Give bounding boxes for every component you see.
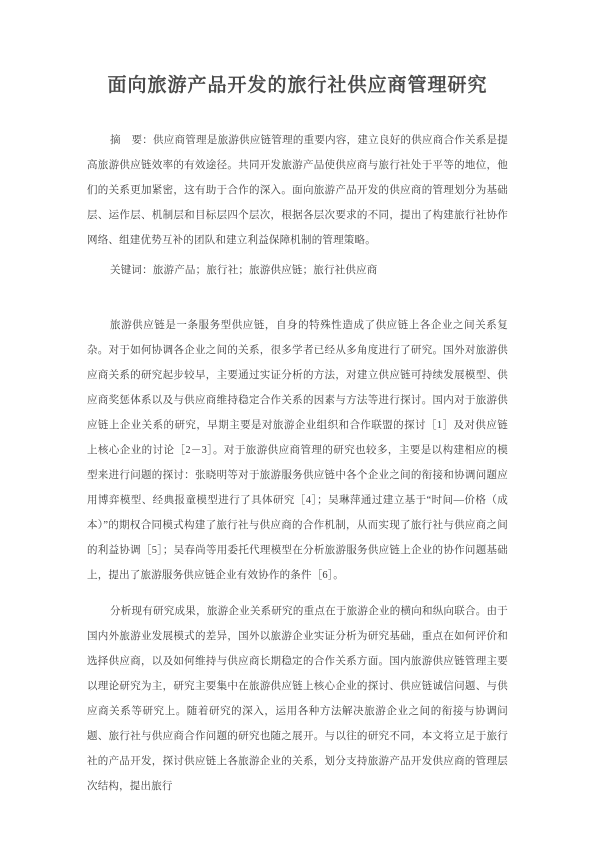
abstract-paragraph: 摘 要：供应商管理是旅游供应链管理的重要内容，建立良好的供应商合作关系是提高旅游… [87,128,508,253]
keywords-text: 旅游产品；旅行社；旅游供应链；旅行社供应商 [153,265,378,276]
paper-title: 面向旅游产品开发的旅行社供应商管理研究 [87,74,508,98]
abstract-text: 供应商管理是旅游供应链管理的重要内容，建立良好的供应商合作关系是提高旅游供应链效… [87,135,508,246]
keywords-paragraph: 关键词：旅游产品；旅行社；旅游供应链；旅行社供应商 [87,258,508,283]
body-paragraph: 分析现有研究成果，旅游企业关系研究的重点在于旅游企业的横向和纵向联合。由于国内外… [87,599,508,799]
keywords-label: 关键词： [110,265,153,276]
body-paragraph: 旅游供应链是一条服务型供应链，自身的特殊性造成了供应链上各企业之间关系复杂。对于… [87,313,508,588]
abstract-label: 摘 要： [110,135,153,146]
document-page: 面向旅游产品开发的旅行社供应商管理研究 摘 要：供应商管理是旅游供应链管理的重要… [0,0,595,842]
